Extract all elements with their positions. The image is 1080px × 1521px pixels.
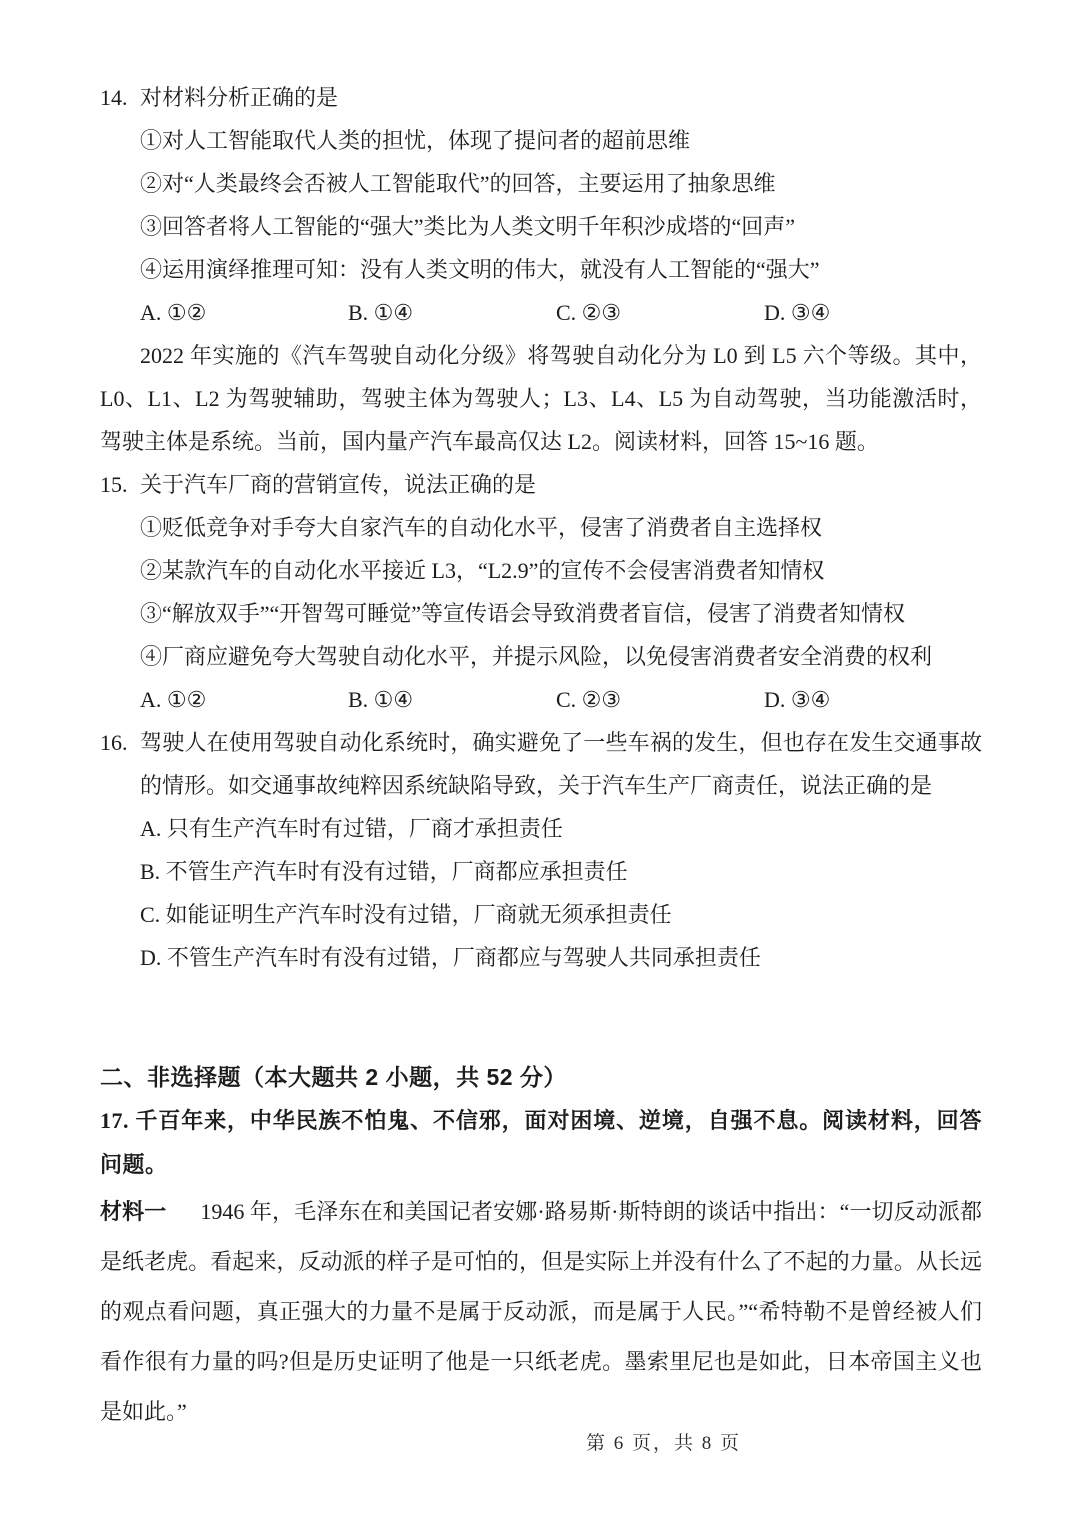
- choice-c: C. ②③: [556, 291, 764, 334]
- question-14-stem: 14.对材料分析正确的是: [100, 76, 982, 119]
- question-17: 17. 千百年来，中华民族不怕鬼、不信邪，面对困境、逆境，自强不息。阅读材料，回…: [100, 1099, 982, 1437]
- question-number: 16.: [100, 721, 140, 764]
- choice-a: A. ①②: [140, 678, 348, 721]
- question-15-choices: A. ①② B. ①④ C. ②③ D. ③④: [100, 678, 982, 721]
- choice-c: C. ②③: [556, 678, 764, 721]
- question-number: 17.: [100, 1108, 129, 1133]
- question-stem-text: 千百年来，中华民族不怕鬼、不信邪，面对困境、逆境，自强不息。阅读材料，回答问题。: [100, 1108, 982, 1177]
- question-14-option-1: ①对人工智能取代人类的担忧，体现了提问者的超前思维: [100, 119, 982, 162]
- page-content: 14.对材料分析正确的是 ①对人工智能取代人类的担忧，体现了提问者的超前思维 ②…: [100, 76, 982, 1437]
- choice-b: B. ①④: [348, 678, 556, 721]
- section-2-heading: 二、非选择题（本大题共 2 小题，共 52 分）: [100, 1056, 982, 1099]
- choice-b: B. ①④: [348, 291, 556, 334]
- choice-d: D. ③④: [764, 291, 972, 334]
- passage-driving-automation: 2022 年实施的《汽车驾驶自动化分级》将驾驶自动化分为 L0 到 L5 六个等…: [100, 334, 982, 463]
- question-15-option-1: ①贬低竞争对手夸大自家汽车的自动化水平，侵害了消费者自主选择权: [100, 506, 982, 549]
- question-16-option-a: A. 只有生产汽车时有过错，厂商才承担责任: [100, 807, 982, 850]
- page-footer: 第 6 页，共 8 页: [586, 1430, 741, 1458]
- material-1-label: 材料一: [100, 1199, 166, 1224]
- question-16: 16.驾驶人在使用驾驶自动化系统时，确实避免了一些车祸的发生，但也存在发生交通事…: [100, 721, 982, 979]
- question-number: 15.: [100, 463, 140, 506]
- question-16-option-c: C. 如能证明生产汽车时没有过错，厂商就无须承担责任: [100, 893, 982, 936]
- question-14-option-4: ④运用演绎推理可知：没有人类文明的伟大，就没有人工智能的“强大”: [100, 248, 982, 291]
- question-17-stem: 17. 千百年来，中华民族不怕鬼、不信邪，面对困境、逆境，自强不息。阅读材料，回…: [100, 1099, 982, 1187]
- question-15: 15.关于汽车厂商的营销宣传，说法正确的是 ①贬低竞争对手夸大自家汽车的自动化水…: [100, 463, 982, 721]
- exam-paper-page: 14.对材料分析正确的是 ①对人工智能取代人类的担忧，体现了提问者的超前思维 ②…: [0, 0, 1080, 1521]
- question-14-option-2: ②对“人类最终会否被人工智能取代”的回答，主要运用了抽象思维: [100, 162, 982, 205]
- question-15-stem: 15.关于汽车厂商的营销宣传，说法正确的是: [100, 463, 982, 506]
- question-14: 14.对材料分析正确的是 ①对人工智能取代人类的担忧，体现了提问者的超前思维 ②…: [100, 76, 982, 334]
- question-14-option-3: ③回答者将人工智能的“强大”类比为人类文明千年积沙成塔的“回声”: [100, 205, 982, 248]
- question-stem-text: 驾驶人在使用驾驶自动化系统时，确实避免了一些车祸的发生，但也存在发生交通事故的情…: [140, 730, 982, 798]
- choice-a: A. ①②: [140, 291, 348, 334]
- question-15-option-2: ②某款汽车的自动化水平接近 L3，“L2.9”的宣传不会侵害消费者知情权: [100, 549, 982, 592]
- question-number: 14.: [100, 76, 140, 119]
- question-17-material-1: 材料一1946 年，毛泽东在和美国记者安娜·路易斯·斯特朗的谈话中指出：“一切反…: [100, 1187, 982, 1437]
- question-14-choices: A. ①② B. ①④ C. ②③ D. ③④: [100, 291, 982, 334]
- question-stem-text: 关于汽车厂商的营销宣传，说法正确的是: [140, 472, 536, 497]
- question-16-stem: 16.驾驶人在使用驾驶自动化系统时，确实避免了一些车祸的发生，但也存在发生交通事…: [100, 721, 982, 807]
- material-1-text: 1946 年，毛泽东在和美国记者安娜·路易斯·斯特朗的谈话中指出：“一切反动派都…: [100, 1199, 982, 1424]
- question-stem-text: 对材料分析正确的是: [140, 85, 338, 110]
- choice-d: D. ③④: [764, 678, 972, 721]
- question-15-option-4: ④厂商应避免夸大驾驶自动化水平，并提示风险，以免侵害消费者安全消费的权利: [100, 635, 982, 678]
- question-16-option-d: D. 不管生产汽车时有没有过错，厂商都应与驾驶人共同承担责任: [100, 936, 982, 979]
- question-16-option-b: B. 不管生产汽车时有没有过错，厂商都应承担责任: [100, 850, 982, 893]
- question-15-option-3: ③“解放双手”“开智驾可睡觉”等宣传语会导致消费者盲信，侵害了消费者知情权: [100, 592, 982, 635]
